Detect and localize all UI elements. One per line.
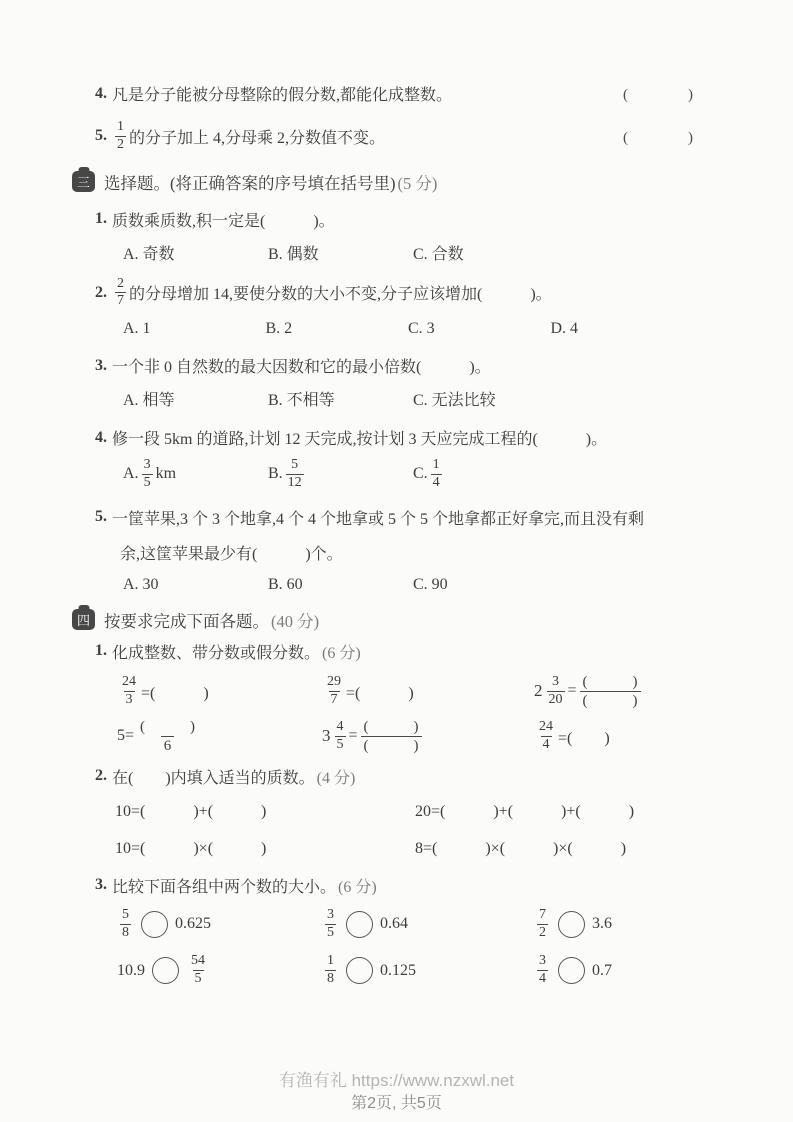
blank-fraction: ( ) ( ) xyxy=(580,673,641,710)
fraction: 2 7 xyxy=(115,276,126,311)
conversion-row-1: 24 3 =( ) 29 7 =( ) 2 3 20 = ( ) ( ) xyxy=(95,673,693,710)
choice-question-5: 5. 一筐苹果,3 个 3 个地拿,4 个 4 个地拿或 5 个 5 个地拿都正… xyxy=(95,506,693,529)
answer-bracket: ( ) xyxy=(623,126,693,147)
section-title: 选择题。(将正确答案的序号填在括号里) xyxy=(104,170,396,194)
question-score: (4 分) xyxy=(317,765,356,788)
section-4-badge-icon: 四 xyxy=(72,609,95,630)
question-number: 2. xyxy=(95,284,107,302)
question-text: 修一段 5km 的道路,计划 12 天完成,按计划 3 天应完成工程的( )。 xyxy=(112,426,607,449)
conversion-item: 24 3 =( ) xyxy=(117,674,322,709)
fraction: 4 5 xyxy=(335,719,346,754)
footer-page-number: 第2页, 共5页 xyxy=(0,1090,793,1113)
question-number: 3. xyxy=(95,357,107,375)
blank-answer: =( ) xyxy=(141,680,209,703)
blank-fraction: ( ) 6 xyxy=(137,718,198,755)
decimal-value: 3.6 xyxy=(592,915,612,933)
decimal-value: 0.64 xyxy=(380,915,408,933)
question-number: 2. xyxy=(95,767,107,785)
fraction: 7 2 xyxy=(537,907,548,942)
sec4-question-3: 3. 比较下面各组中两个数的大小。 (6 分) xyxy=(95,874,693,897)
comparison-item: 10.9 54 5 xyxy=(117,953,322,988)
question-text: 的分子加上 4,分母乘 2,分数值不变。 xyxy=(129,125,385,148)
option-b: B. 2 xyxy=(266,320,409,338)
option-a: A. 30 xyxy=(123,576,268,594)
fraction: 3 5 xyxy=(142,457,153,492)
question-number: 4. xyxy=(95,85,107,103)
sec4-question-2: 2. 在( )内填入适当的质数。 (4 分) xyxy=(95,765,693,788)
choice-options-4: A. 3 5 km B. 5 12 C. 1 4 xyxy=(95,457,693,492)
comparison-row-1: 5 8 0.625 3 5 0.64 7 2 3.6 xyxy=(95,907,693,942)
question-number: 5. xyxy=(95,127,107,145)
choice-options-5: A. 30 B. 60 C. 90 xyxy=(95,576,693,594)
comparison-circle xyxy=(346,911,373,938)
section-4-header: 四 按要求完成下面各题。 (40 分) xyxy=(72,608,693,632)
section-score: (5 分) xyxy=(398,170,438,194)
blank-answer: =( ) xyxy=(346,680,414,703)
section-3-header: 三 选择题。(将正确答案的序号填在括号里) (5 分) xyxy=(72,170,693,194)
answer-bracket: ( ) xyxy=(623,83,693,104)
question-text: 质数乘质数,积一定是( )。 xyxy=(112,208,335,231)
question-score: (6 分) xyxy=(338,874,377,897)
comparison-item: 1 8 0.125 xyxy=(322,953,534,988)
choice-question-5-line2: 余,这筐苹果最少有( )个。 xyxy=(95,541,693,564)
conversion-row-2: 5= ( ) 6 3 4 5 = ( ) ( ) 24 4 =( ) xyxy=(95,718,693,755)
choice-question-3: 3. 一个非 0 自然数的最大因数和它的最小倍数( )。 xyxy=(95,354,693,377)
decimal-value: 0.7 xyxy=(592,962,612,980)
equation: 20=( )+( )+( ) xyxy=(415,798,693,821)
conversion-item: 3 4 5 = ( ) ( ) xyxy=(322,718,534,755)
section-score: (40 分) xyxy=(271,608,319,632)
question-text: 比较下面各组中两个数的大小。 xyxy=(112,874,336,897)
question-number: 5. xyxy=(95,508,107,526)
question-text: 凡是分子能被分母整除的假分数,都能化成整数。 xyxy=(112,82,452,105)
equation: 8=( )×( )×( ) xyxy=(415,835,693,858)
option-b: B. 不相等 xyxy=(268,387,413,410)
question-number: 3. xyxy=(95,876,107,894)
question-text: 一个非 0 自然数的最大因数和它的最小倍数( )。 xyxy=(112,354,491,377)
blank-answer: =( ) xyxy=(558,725,610,748)
fraction: 1 4 xyxy=(431,457,442,492)
option-c: C. 3 xyxy=(408,320,551,338)
comparison-item: 5 8 0.625 xyxy=(117,907,322,942)
comparison-item: 3 4 0.7 xyxy=(534,953,693,988)
choice-question-4: 4. 修一段 5km 的道路,计划 12 天完成,按计划 3 天应完成工程的( … xyxy=(95,426,693,449)
conversion-item: 5= ( ) 6 xyxy=(117,718,322,755)
fraction: 24 4 xyxy=(537,719,555,754)
fraction: 1 2 xyxy=(115,119,126,154)
option-c: C. 1 4 xyxy=(413,457,558,492)
choice-options-2: A. 1 B. 2 C. 3 D. 4 xyxy=(95,320,693,338)
fraction: 1 8 xyxy=(325,953,336,988)
choice-question-2: 2. 2 7 的分母增加 14,要使分数的大小不变,分子应该增加( )。 xyxy=(95,276,693,311)
option-a: A. 奇数 xyxy=(123,241,268,264)
judge-question-4: 4. 凡是分子能被分母整除的假分数,都能化成整数。 ( ) xyxy=(95,82,693,105)
option-b: B. 60 xyxy=(268,576,413,594)
question-number: 1. xyxy=(95,210,107,228)
option-b: B. 5 12 xyxy=(268,457,413,492)
option-c: C. 90 xyxy=(413,576,558,594)
question-number: 4. xyxy=(95,429,107,447)
comparison-circle xyxy=(558,957,585,984)
exam-page-content: 4. 凡是分子能被分母整除的假分数,都能化成整数。 ( ) 5. 1 2 的分子… xyxy=(0,0,793,988)
choice-options-1: A. 奇数 B. 偶数 C. 合数 xyxy=(95,241,693,264)
whole-number: 3 xyxy=(322,726,331,746)
question-number: 1. xyxy=(95,642,107,660)
section-title: 按要求完成下面各题。 xyxy=(104,608,269,632)
question-text: 在( )内填入适当的质数。 xyxy=(112,765,315,788)
fraction: 3 20 xyxy=(547,674,565,709)
question-text: 化成整数、带分数或假分数。 xyxy=(112,640,320,663)
option-a: A. 相等 xyxy=(123,387,268,410)
conversion-item: 2 3 20 = ( ) ( ) xyxy=(534,673,693,710)
section-3-badge-icon: 三 xyxy=(72,171,95,192)
conversion-item: 29 7 =( ) xyxy=(322,674,534,709)
footer-watermark: 有渔有礼 https://www.nzxwl.net xyxy=(0,1066,793,1091)
option-c: C. 合数 xyxy=(413,241,558,264)
judge-question-5: 5. 1 2 的分子加上 4,分母乘 2,分数值不变。 ( ) xyxy=(95,119,693,154)
option-a: A. 3 5 km xyxy=(123,457,268,492)
option-b: B. 偶数 xyxy=(268,241,413,264)
decimal-value: 0.625 xyxy=(175,915,211,933)
option-c: C. 无法比较 xyxy=(413,387,558,410)
comparison-item: 3 5 0.64 xyxy=(322,907,534,942)
option-a: A. 1 xyxy=(123,320,266,338)
comparison-row-2: 10.9 54 5 1 8 0.125 3 4 0.7 xyxy=(95,953,693,988)
fraction: 3 5 xyxy=(325,907,336,942)
prime-equations-row-2: 10=( )×( ) 8=( )×( )×( ) xyxy=(95,835,693,858)
comparison-circle xyxy=(346,957,373,984)
whole-number: 2 xyxy=(534,681,543,701)
choice-options-3: A. 相等 B. 不相等 C. 无法比较 xyxy=(95,387,693,410)
conversion-item: 24 4 =( ) xyxy=(534,719,693,754)
prime-equations-row-1: 10=( )+( ) 20=( )+( )+( ) xyxy=(95,798,693,821)
fraction: 3 4 xyxy=(537,953,548,988)
fraction: 54 5 xyxy=(189,953,207,988)
decimal-value: 0.125 xyxy=(380,962,416,980)
comparison-item: 7 2 3.6 xyxy=(534,907,693,942)
question-text: 的分母增加 14,要使分数的大小不变,分子应该增加( )。 xyxy=(129,281,552,304)
comparison-circle xyxy=(141,911,168,938)
equation: 10=( )×( ) xyxy=(115,835,415,858)
equation: 10=( )+( ) xyxy=(115,798,415,821)
choice-question-1: 1. 质数乘质数,积一定是( )。 xyxy=(95,208,693,231)
fraction: 24 3 xyxy=(120,674,138,709)
option-d: D. 4 xyxy=(551,320,694,338)
question-text-line1: 一筐苹果,3 个 3 个地拿,4 个 4 个地拿或 5 个 5 个地拿都正好拿完… xyxy=(112,506,644,529)
decimal-value: 10.9 xyxy=(117,962,145,980)
comparison-circle xyxy=(558,911,585,938)
fraction: 5 8 xyxy=(120,907,131,942)
fraction: 29 7 xyxy=(325,674,343,709)
question-score: (6 分) xyxy=(322,640,361,663)
fraction: 5 12 xyxy=(286,457,304,492)
sec4-question-1: 1. 化成整数、带分数或假分数。 (6 分) xyxy=(95,640,693,663)
comparison-circle xyxy=(152,957,179,984)
question-text-line2: 余,这筐苹果最少有( )个。 xyxy=(120,541,343,564)
blank-fraction: ( ) ( ) xyxy=(361,718,422,755)
